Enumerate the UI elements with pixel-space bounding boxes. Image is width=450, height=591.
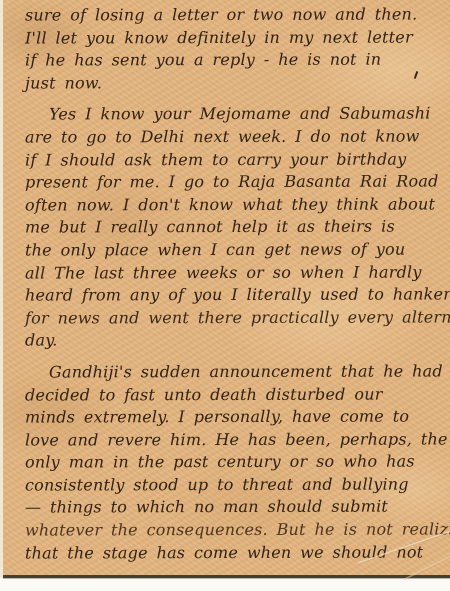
letter-line: for news and went there practically ever…	[25, 306, 440, 330]
scanned-letter-page: sure of losing a letter or two now and t…	[0, 0, 450, 591]
letter-line: consistently stood up to threat and bull…	[25, 473, 440, 497]
letter-line: only man in the past century or so who h…	[25, 451, 440, 475]
letter-line: minds extremely. I personally, have come…	[25, 406, 440, 430]
letter-paragraph: Gandhiji's sudden announcement that he h…	[25, 361, 440, 564]
letter-line: Yes I know your Mejomame and Sabumashi	[25, 103, 440, 127]
letter-paragraph: sure of losing a letter or two now and t…	[25, 4, 440, 94]
letter-line: sure of losing a letter or two now and t…	[25, 3, 440, 27]
letter-line: Gandhiji's sudden announcement that he h…	[25, 360, 440, 384]
letter-paper: sure of losing a letter or two now and t…	[3, 0, 450, 578]
letter-line: decided to fast unto death disturbed our	[25, 383, 440, 407]
letter-line: if I should ask them to carry your birth…	[25, 148, 440, 172]
letter-text-block: sure of losing a letter or two now and t…	[3, 0, 450, 573]
letter-paragraph: Yes I know your Mejomame and Sabumashi a…	[25, 103, 440, 352]
letter-line: me but I really cannot help it as theirs…	[25, 216, 440, 240]
scan-bottom-margin	[0, 578, 450, 591]
letter-line: love and revere him. He has been, perhap…	[25, 428, 440, 452]
letter-line: are to go to Delhi next week. I do not k…	[25, 125, 440, 149]
letter-line: heard from any of you I literally used t…	[25, 284, 440, 308]
letter-line: — things to which no man should submit	[25, 496, 440, 520]
letter-line: whatever the consequences. But he is not…	[25, 519, 440, 543]
letter-line: often now. I don't know what they think …	[25, 193, 440, 217]
letter-line: that the stage has come when we should n…	[25, 541, 440, 565]
letter-line: if he has sent you a reply - he is not i…	[25, 49, 440, 73]
letter-line: present for me. I go to Raja Basanta Rai…	[25, 171, 440, 195]
letter-line: day.	[25, 329, 440, 353]
letter-line: I'll let you know definitely in my next …	[25, 26, 440, 50]
letter-line: the only place when I can get news of yo…	[25, 238, 440, 262]
letter-line: just now.	[25, 71, 440, 95]
letter-line: all The last three weeks or so when I ha…	[25, 261, 440, 285]
